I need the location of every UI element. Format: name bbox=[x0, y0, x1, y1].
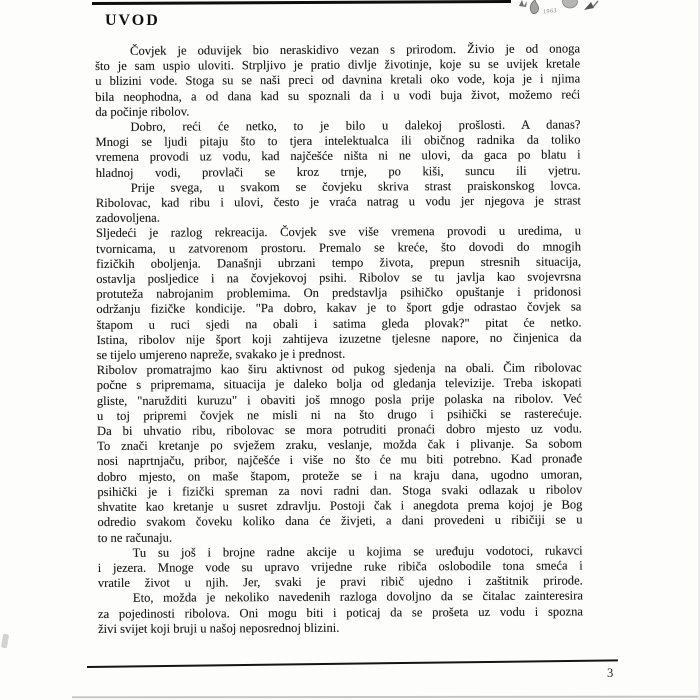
footer-rule bbox=[87, 659, 618, 668]
header-rule bbox=[92, 0, 511, 4]
stamp-emblem-icon: 1963 bbox=[511, 0, 603, 19]
text-line: Ribolovac, kad ribu i ulovi, često je vr… bbox=[96, 193, 581, 211]
stamp-arrow-tail-icon bbox=[593, 1, 598, 7]
body-text: Čovjek je oduvijek bio neraskidivo vezan… bbox=[95, 41, 583, 636]
scan-mark-artifact bbox=[1, 634, 9, 649]
text-line: odredio svakom čoveku koliko dana će živ… bbox=[97, 513, 582, 531]
scan-edge-artifact bbox=[72, 696, 700, 698]
stamp-wing-left-icon bbox=[519, 0, 527, 7]
club-stamp: 1963 bbox=[511, 0, 603, 19]
stamp-figure-icon bbox=[530, 0, 538, 14]
scanned-book-page: 1963 UVOD Čovjek je oduvijek bio neraski… bbox=[0, 0, 700, 700]
page-number: 3 bbox=[607, 666, 613, 681]
text-line: Istina, ribolov nije šport koji zahtijev… bbox=[97, 330, 582, 348]
text-line: za pojedinosti ribolova. Oni mogu biti i… bbox=[98, 604, 583, 622]
text-line: bila neophodna, a od dana kad su spoznal… bbox=[95, 87, 580, 105]
stamp-circle-icon bbox=[563, 0, 578, 8]
stamp-year: 1963 bbox=[543, 8, 558, 15]
text-line: živi svijet koji bruji u našoj neposredn… bbox=[98, 619, 583, 637]
stamp-arrow-icon bbox=[584, 2, 594, 10]
page-title: UVOD bbox=[105, 12, 160, 30]
